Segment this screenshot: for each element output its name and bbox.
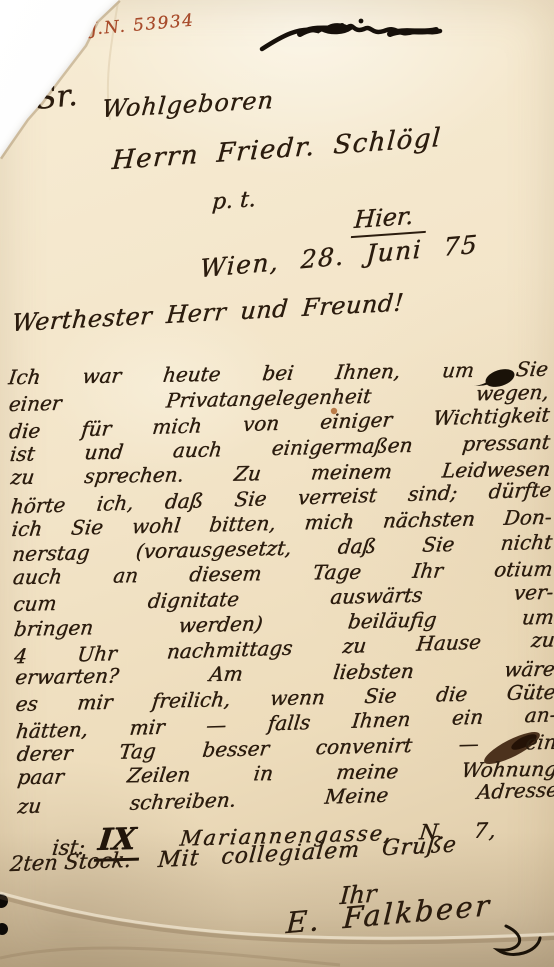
edge-ink-spots — [0, 894, 8, 935]
letter-body: Ich war heute bei Ihnen, um Sieeiner Pri… — [8, 355, 554, 817]
recipient-name: Herrn Friedr. Schlögl — [111, 123, 443, 176]
signature-flourish — [498, 926, 540, 954]
salutation: Werthester Herr und Freund! — [11, 288, 405, 337]
recipient-pt-abbreviation: p. t. — [211, 187, 257, 215]
floor-line: 2ten Stock. — [9, 848, 133, 876]
crossed-out-scribble — [262, 19, 440, 49]
letter-sheet: J.N. 53934 Sr. Wohlgeboren Herrn Friedr.… — [0, 0, 554, 967]
signature: E. Falkbeer — [285, 888, 492, 940]
recipient-place: Hier. — [351, 201, 428, 238]
recipient-honorific: Wohlgeboren — [101, 86, 275, 123]
scanned-letter: J.N. 53934 Sr. Wohlgeboren Herrn Friedr.… — [0, 0, 554, 967]
dateline: Wien, 28. Juni 75 — [199, 230, 479, 284]
recipient-honorific-prefix: Sr. — [34, 78, 79, 117]
paper-surface: J.N. 53934 Sr. Wohlgeboren Herrn Friedr.… — [0, 0, 554, 967]
inventory-number: J.N. 53934 — [89, 10, 195, 39]
